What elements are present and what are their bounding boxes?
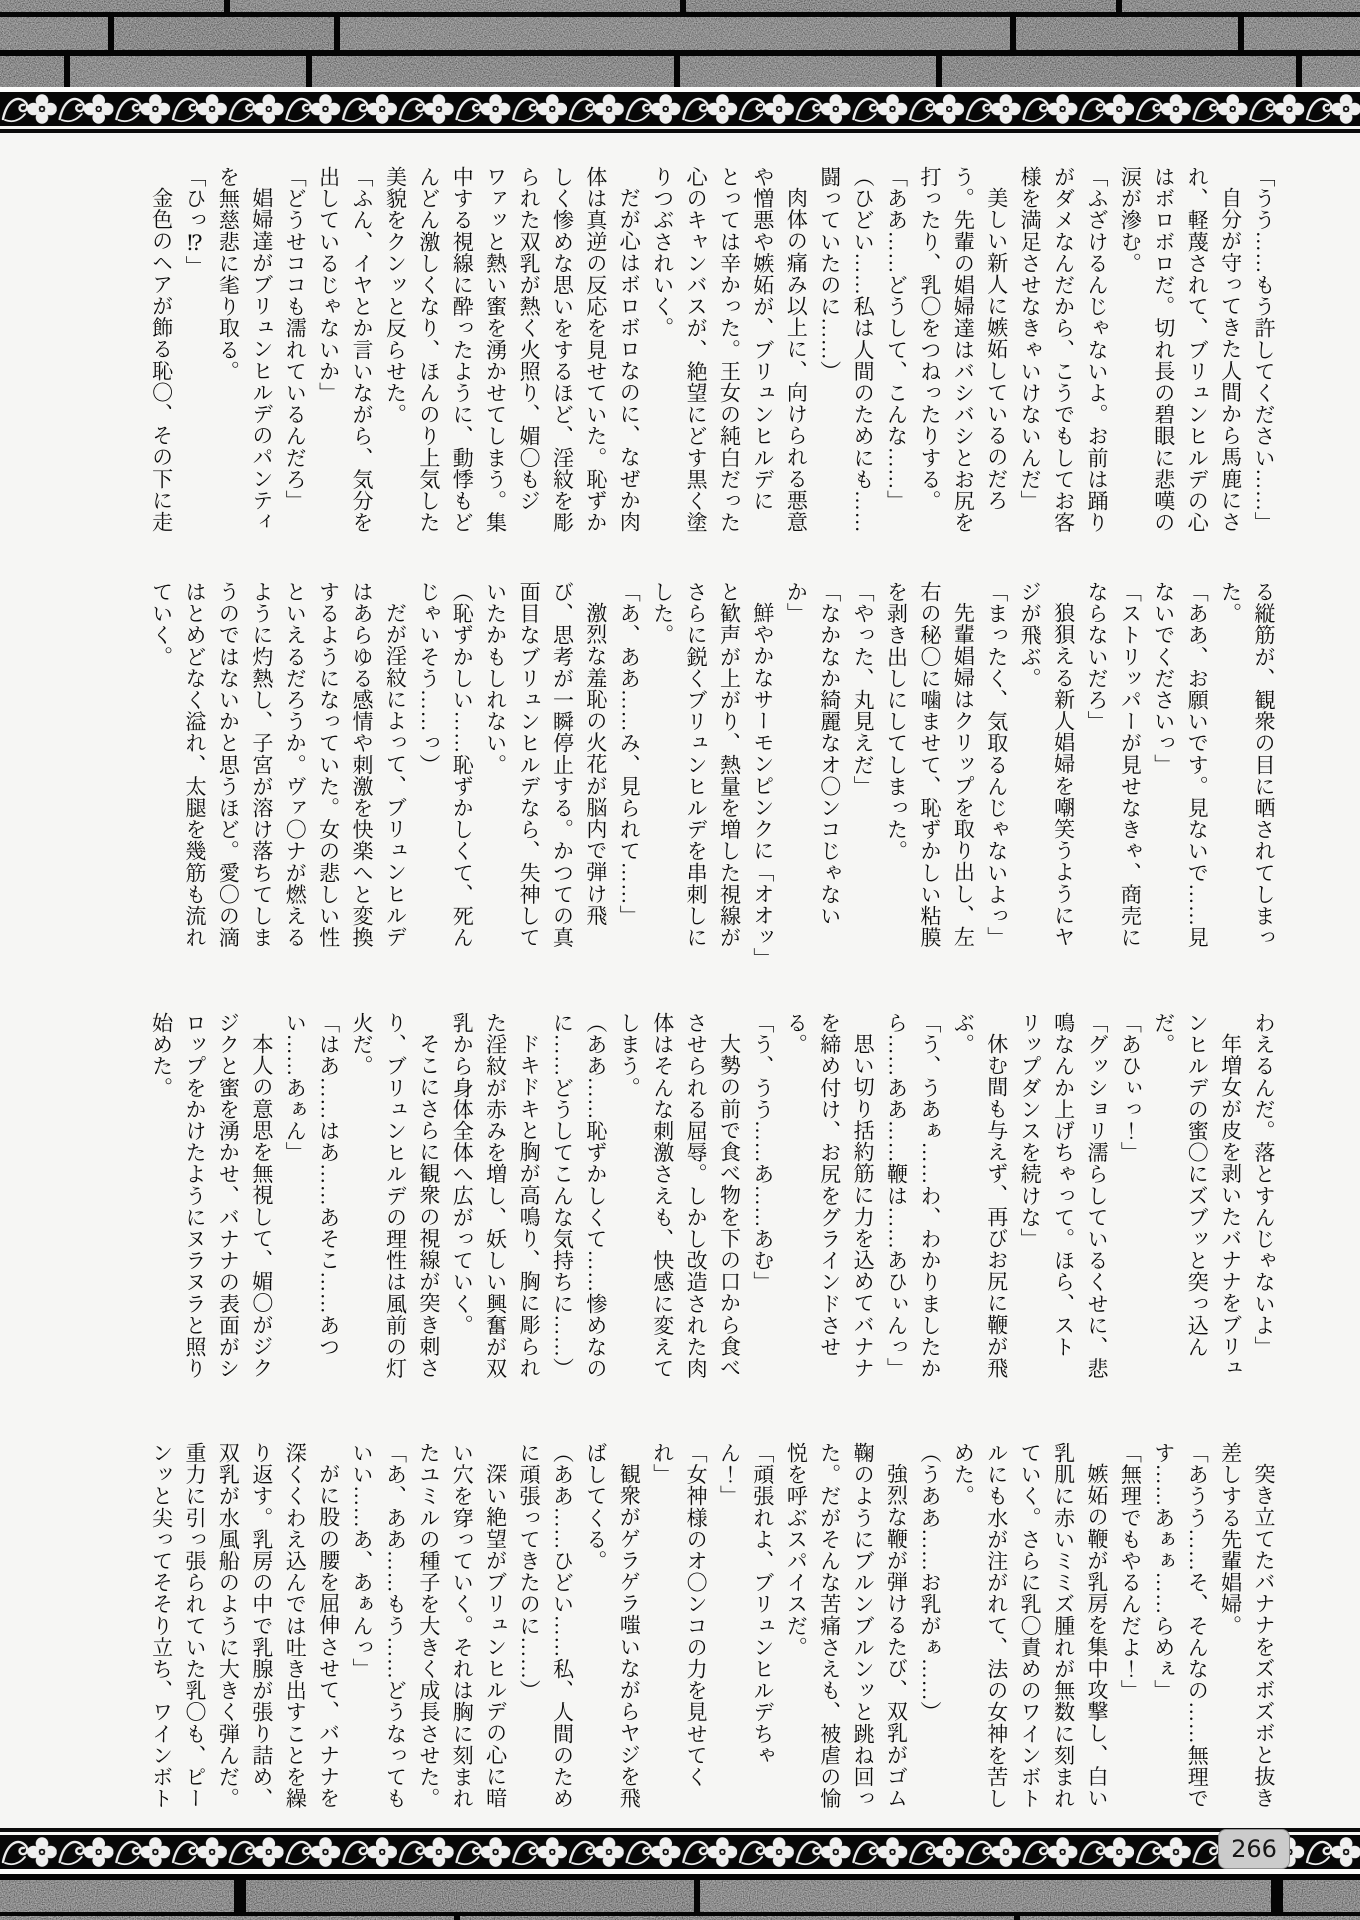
paragraph: （うああ……お乳がぁ……） <box>913 1442 946 1820</box>
paragraph: 「まったく、気取るんじゃないよっ」 <box>979 581 1012 959</box>
paragraph: 「ひっ⁉」 <box>178 166 211 544</box>
paragraph: 大勢の前で食べ物を下の口から食べさせられる屈辱。しかし改造された肉体はそんな刺激… <box>612 1012 746 1390</box>
paragraph: る縦筋が、観衆の目に晒されてしまった。 <box>1213 581 1280 959</box>
page-number-badge: 266 <box>1218 1829 1290 1869</box>
paragraph: 鮮やかなサーモンピンクに「オオッ」と歓声が上がり、熱量を増した視線がさらに鋭くブ… <box>645 581 779 959</box>
paragraph: 思い切り括約筋に力を込めてバナナを締め付け、お尻をグラインドさせる。 <box>779 1012 879 1390</box>
bottom-floral-border <box>0 1835 1360 1869</box>
paragraph: 「あ、ああ……み、見られて……」 <box>612 581 645 959</box>
paragraph: 本人の意思を無視して、媚〇がジクジクと蜜を湧かせ、バナナの表面がシロップをかけた… <box>144 1012 278 1390</box>
paragraph: 狼狽える新人娼婦を嘲笑うようにヤジが飛ぶ。 <box>1013 581 1080 959</box>
bottom-rule-line <box>0 1828 1360 1832</box>
paragraph: 「ほら、脚をがに股に開いてこれをく <box>140 581 144 959</box>
paragraph: （ああ……ひどい……私、人間のために頑張ってきたのに……） <box>512 1442 579 1820</box>
paragraph: 「はあ……はあ……あそこ……あつい……あぁん」 <box>278 1012 345 1390</box>
paragraph: 「どうせココも濡れているんだろ」 <box>278 166 311 544</box>
paragraph: 娼婦達がブリュンヒルデのパンティを無慈悲に毟り取る。 <box>211 166 278 544</box>
paragraph: 観衆がゲラゲラ嗤いながらヤジを飛ばしてくる。 <box>578 1442 645 1820</box>
paragraph: 「う、うあぁ……わ、わかりましたから……ああ……鞭は……あひぃんっ」 <box>879 1012 946 1390</box>
paragraph: 「ああ、お願いです。見ないで……見ないでくださいっ」 <box>1146 581 1213 959</box>
paragraph: 「頑張れよ、ブリュンヒルデちゃん！」 <box>712 1442 779 1820</box>
paragraph: 「ふざけるんじゃないよ。お前は踊りがダメなんだから、こうでもしてお客様を満足させ… <box>1013 166 1113 544</box>
paragraph: 「無理でもやるんだよ！」 <box>1113 1442 1146 1820</box>
bottom-brick-border <box>0 1874 1360 1920</box>
paragraph: 休む間も与えず、再びお尻に鞭が飛ぶ。 <box>946 1012 1013 1390</box>
paragraph: 「ふん、イヤとか言いながら、気分を出しているじゃないか」 <box>311 166 378 544</box>
paragraph: 「ストリッパーが見せなきゃ、商売にならないだろ」 <box>1080 581 1147 959</box>
paragraph: 美しい新人に嫉妬しているのだろう。先輩の娼婦達はバシバシとお尻を打ったり、乳〇を… <box>913 166 1013 544</box>
page-number: 266 <box>1231 1835 1277 1863</box>
paragraph: 「あひぃっ！」 <box>1113 1012 1146 1390</box>
paragraph: 突き立てたバナナをズボズボと抜き差しする先輩娼婦。 <box>1213 1442 1280 1820</box>
paragraph: ドキドキと胸が高鳴り、胸に彫られた淫紋が赤みを増し、妖しい興奮が双乳から身体全体… <box>445 1012 545 1390</box>
paragraph: 自分が守ってきた人間から馬鹿にされ、軽蔑されて、ブリュンヒルデの心はボロボロだ。… <box>1113 166 1247 544</box>
paragraph: 深い絶望がブリュンヒルデの心に暗い穴を穿っていく。それは胸に刻まれたユミルの種子… <box>411 1442 511 1820</box>
paragraph: （恥ずかしい……恥ずかしくて、死んじゃいそう……っ） <box>411 581 478 959</box>
paragraph: そこにさらに観衆の視線が突き刺さり、ブリュンヒルデの理性は風前の灯火だ。 <box>345 1012 445 1390</box>
paragraph: 肉体の痛み以上に、向けられる悪意や憎悪や嫉妬が、ブリュンヒルデにとっては辛かった… <box>645 166 812 544</box>
paragraph: わえるんだ。落とすんじゃないよ」 <box>1247 1012 1280 1390</box>
paragraph: 激烈な羞恥の火花が脳内で弾け飛び、思考が一瞬停止する。かつての真面目なブリュンヒ… <box>478 581 612 959</box>
paragraph: （ああ……恥ずかしくて……惨めなのに……どうしてこんな気持ちに……） <box>545 1012 612 1390</box>
paragraph: 「うう……もう許してください……」 <box>1247 166 1280 544</box>
paragraph: 「女神様のオ〇ンコの力を見せてくれ」 <box>645 1442 712 1820</box>
paragraph: 嫉妬の鞭が乳房を集中攻撃し、白い乳肌に赤いミミズ腫れが無数に刻まれていく。さらに… <box>946 1442 1113 1820</box>
text-band-4: 突き立てたバナナをズボズボと抜き差しする先輩娼婦。「あうう……そ、そんなの……無… <box>140 1442 1280 1820</box>
paragraph: 「う、うう……あ……あむ」 <box>746 1012 779 1390</box>
paragraph: 年増女が皮を剥いたバナナをブリュンヒルデの蜜〇にズブッと突っ込んだ。 <box>1146 1012 1246 1390</box>
paragraph: だが心はボロボロなのに、なぜか肉体は真逆の反応を見せていた。恥ずかしく惨めな思い… <box>378 166 645 544</box>
text-band-2: る縦筋が、観衆の目に晒されてしまった。「ああ、お願いです。見ないで……見ないでく… <box>140 581 1280 959</box>
top-rule-line <box>0 129 1360 133</box>
paragraph: 強烈な鞭が弾けるたび、双乳がゴム鞠のようにブルンブルンッと跳ね回った。だがそんな… <box>779 1442 913 1820</box>
paragraph: 「グッショリ濡らしているくせに、悲鳴なんか上げちゃって。ほら、ストリップダンスを… <box>1013 1012 1113 1390</box>
paragraph: 先輩娼婦はクリップを取り出し、左右の秘〇に噛ませて、恥ずかしい粘膜を剥き出しにし… <box>879 581 979 959</box>
paragraph: 金色のヘアが飾る恥〇、その下に走 <box>144 166 177 544</box>
text-band-1: 「うう……もう許してください……」自分が守ってきた人間から馬鹿にされ、軽蔑されて… <box>140 166 1280 544</box>
paragraph: がに股の腰を屈伸させて、バナナを深くくわえ込んでは吐き出すことを繰り返す。乳房の… <box>140 1442 345 1820</box>
top-floral-border <box>0 92 1360 126</box>
top-brick-border <box>0 0 1360 87</box>
novel-page: 「うう……もう許してください……」自分が守ってきた人間から馬鹿にされ、軽蔑されて… <box>0 0 1360 1920</box>
paragraph: 「やった、丸見えだ」 <box>846 581 879 959</box>
paragraph: だが淫紋によって、ブリュンヒルデはあらゆる感情や刺激を快楽へと変換するようになっ… <box>144 581 411 959</box>
paragraph: 「なかなか綺麗なオ〇ンコじゃないか」 <box>779 581 846 959</box>
paragraph: 「あ、ああ……もう……どうなってもいい……あ、あぁんっ」 <box>345 1442 412 1820</box>
paragraph: 「もっとオ〇ンコを締めて食いちぎるんだよ！」 <box>140 1012 144 1390</box>
text-band-3: わえるんだ。落とすんじゃないよ」年増女が皮を剥いたバナナをブリュンヒルデの蜜〇に… <box>140 1012 1280 1390</box>
paragraph: 「あうう……そ、そんなの……無理です……あぁぁ……らめぇ」 <box>1146 1442 1213 1820</box>
paragraph: 「ああ……どうして、こんな……」 <box>879 166 912 544</box>
paragraph: （ひどい……私は人間のためにも……闘っていたのに……） <box>812 166 879 544</box>
